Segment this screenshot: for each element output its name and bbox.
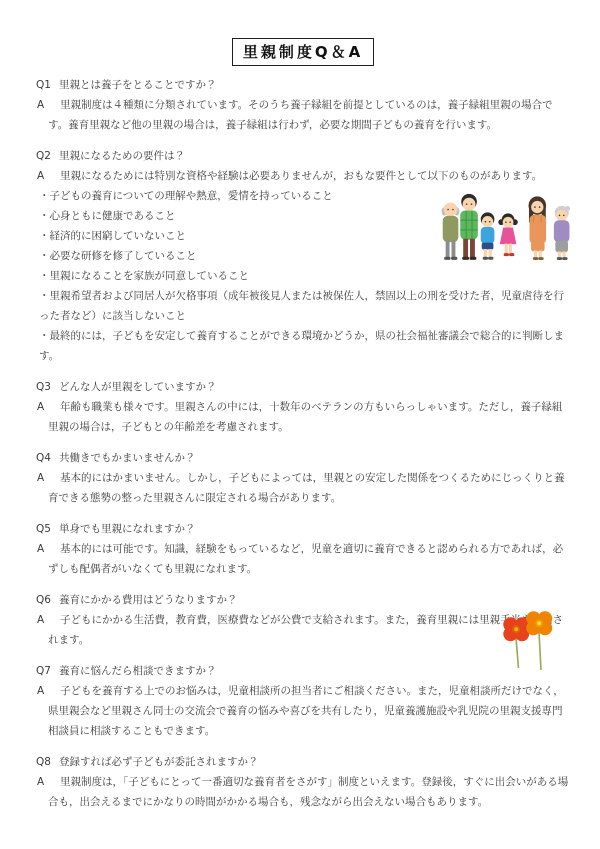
qa-block-q1: Q1 里親とは養子をとることですか？ A 里親制度は４種類に分類されています。そ… (36, 75, 570, 135)
question-row: Q6 養育にかかる費用はどうなりますか？ (36, 590, 570, 610)
answer-label: A (37, 772, 44, 792)
question-text: 養育にかかる費用はどうなりますか？ (59, 590, 238, 610)
question-row: Q5 単身でも里親になれますか？ (36, 519, 570, 539)
question-text: 共働きでもかまいませんか？ (59, 448, 196, 468)
question-text: 里親になるための要件は？ (59, 146, 185, 166)
qa-block-q7: Q7 養育に悩んだら相談できますか？ A 子どもを養育する上でのお悩みは，児童相… (36, 661, 570, 741)
answer-text: 子どもにかかる生活費，教育費，医療費などが公費で支給されます。また，養育里親には… (36, 610, 570, 650)
question-label: Q4 (36, 448, 59, 468)
answer-text: 基本的にはかまいません。しかし，子どもによっては，里親との安定した関係をつくるた… (36, 468, 570, 508)
girl-figure (498, 213, 518, 256)
answer-label: A (37, 610, 44, 630)
requirement-item: ・里親になることを家族が同意していること (39, 266, 570, 286)
qa-block-q6: Q6 養育にかかる費用はどうなりますか？ A 子どもにかかる生活費，教育費，医療… (36, 590, 570, 650)
question-text: 単身でも里親になれますか？ (59, 519, 196, 539)
answer-label: A (37, 681, 44, 701)
question-row: Q3 どんな人が里親をしていますか？ (36, 377, 570, 397)
question-row: Q8 登録すれば必ず子どもが委託されますか？ (36, 752, 570, 772)
red-poppy-icon (503, 617, 529, 668)
question-label: Q1 (36, 75, 59, 95)
answer-row: A 里親制度は４種類に分類されています。そのうち養子縁組を前提としているのは，養… (36, 95, 570, 135)
answer-row: A 里親制度は，「子どもにとって一番適切な養育者をさがす」制度といえます。登録後… (36, 772, 570, 812)
question-label: Q6 (36, 590, 59, 610)
answer-row: A 子どもを養育する上でのお悩みは，児童相談所の担当者にご相談ください。また，児… (36, 681, 570, 741)
question-row: Q7 養育に悩んだら相談できますか？ (36, 661, 570, 681)
document-page: 里親制度Q＆A Q1 里親とは養子をとることですか？ A 里親制度は４種類に分類… (0, 0, 600, 849)
qa-block-q8: Q8 登録すれば必ず子どもが委託されますか？ A 里親制度は，「子どもにとって一… (36, 752, 570, 812)
question-row: Q4 共働きでもかまいませんか？ (36, 448, 570, 468)
question-label: Q3 (36, 377, 59, 397)
qa-block-q4: Q4 共働きでもかまいませんか？ A 基本的にはかまいません。しかし，子どもによ… (36, 448, 570, 508)
mother-figure (529, 196, 547, 260)
question-row: Q1 里親とは養子をとることですか？ (36, 75, 570, 95)
qa-block-q3: Q3 どんな人が里親をしていますか？ A 年齢も職業も様々です。里親さんの中には… (36, 377, 570, 437)
father-figure (460, 194, 478, 260)
question-row: Q2 里親になるための要件は？ (36, 146, 570, 166)
question-text: 里親とは養子をとることですか？ (59, 75, 217, 95)
orange-poppy-icon (526, 611, 552, 670)
answer-label: A (37, 539, 44, 559)
title-wrap: 里親制度Q＆A (36, 38, 570, 66)
qa-block-q5: Q5 単身でも里親になれますか？ A 基本的には可能です。知識，経験をもっている… (36, 519, 570, 579)
poppy-flowers-illustration (500, 610, 558, 674)
question-label: Q5 (36, 519, 59, 539)
question-label: Q8 (36, 752, 59, 772)
question-label: Q2 (36, 146, 59, 166)
answer-row: A 年齢も職業も様々です。里親さんの中には，十数年のベテランの方もいらっしゃいま… (36, 397, 570, 437)
answer-label: A (37, 166, 44, 186)
grandmother-figure (554, 206, 570, 260)
question-text: どんな人が里親をしていますか？ (59, 377, 217, 397)
answer-text: 里親制度は４種類に分類されています。そのうち養子縁組を前提としているのは，養子縁… (36, 95, 570, 135)
answer-label: A (37, 397, 44, 417)
question-text: 養育に悩んだら相談できますか？ (59, 661, 217, 681)
answer-text: 子どもを養育する上でのお悩みは，児童相談所の担当者にご相談ください。また，児童相… (36, 681, 570, 741)
answer-text: 里親制度は，「子どもにとって一番適切な養育者をさがす」制度といえます。登録後，す… (36, 772, 570, 812)
question-text: 登録すれば必ず子どもが委託されますか？ (59, 752, 259, 772)
answer-row: A 基本的にはかまいません。しかし，子どもによっては，里親との安定した関係をつく… (36, 468, 570, 508)
answer-text: 里親になるためには特別な資格や経験は必要ありませんが，おもな要件として以下のもの… (36, 166, 570, 186)
answer-row: A 子どもにかかる生活費，教育費，医療費などが公費で支給されます。また，養育里親… (36, 610, 570, 650)
boy-figure (481, 212, 495, 259)
answer-label: A (37, 468, 44, 488)
grandfather-figure (442, 203, 460, 260)
answer-text: 基本的には可能です。知識，経験をもっているなど，児童を適切に養育できると認められ… (36, 539, 570, 579)
answer-row: A 基本的には可能です。知識，経験をもっているなど，児童を適切に養育できると認め… (36, 539, 570, 579)
requirement-item: ・最終的には，子どもを安定して養育することができる環境かどうか，県の社会福祉審議… (39, 326, 570, 366)
question-label: Q7 (36, 661, 59, 681)
answer-row: A 里親になるためには特別な資格や経験は必要ありませんが，おもな要件として以下の… (36, 166, 570, 186)
page-title: 里親制度Q＆A (232, 38, 374, 66)
requirement-item: ・里親希望者および同居人が欠格事項（成年被後見人または被保佐人，禁固以上の刑を受… (39, 286, 570, 326)
answer-label: A (37, 95, 44, 115)
answer-text: 年齢も職業も様々です。里親さんの中には，十数年のベテランの方もいらっしゃいます。… (36, 397, 570, 437)
family-illustration (436, 190, 584, 268)
